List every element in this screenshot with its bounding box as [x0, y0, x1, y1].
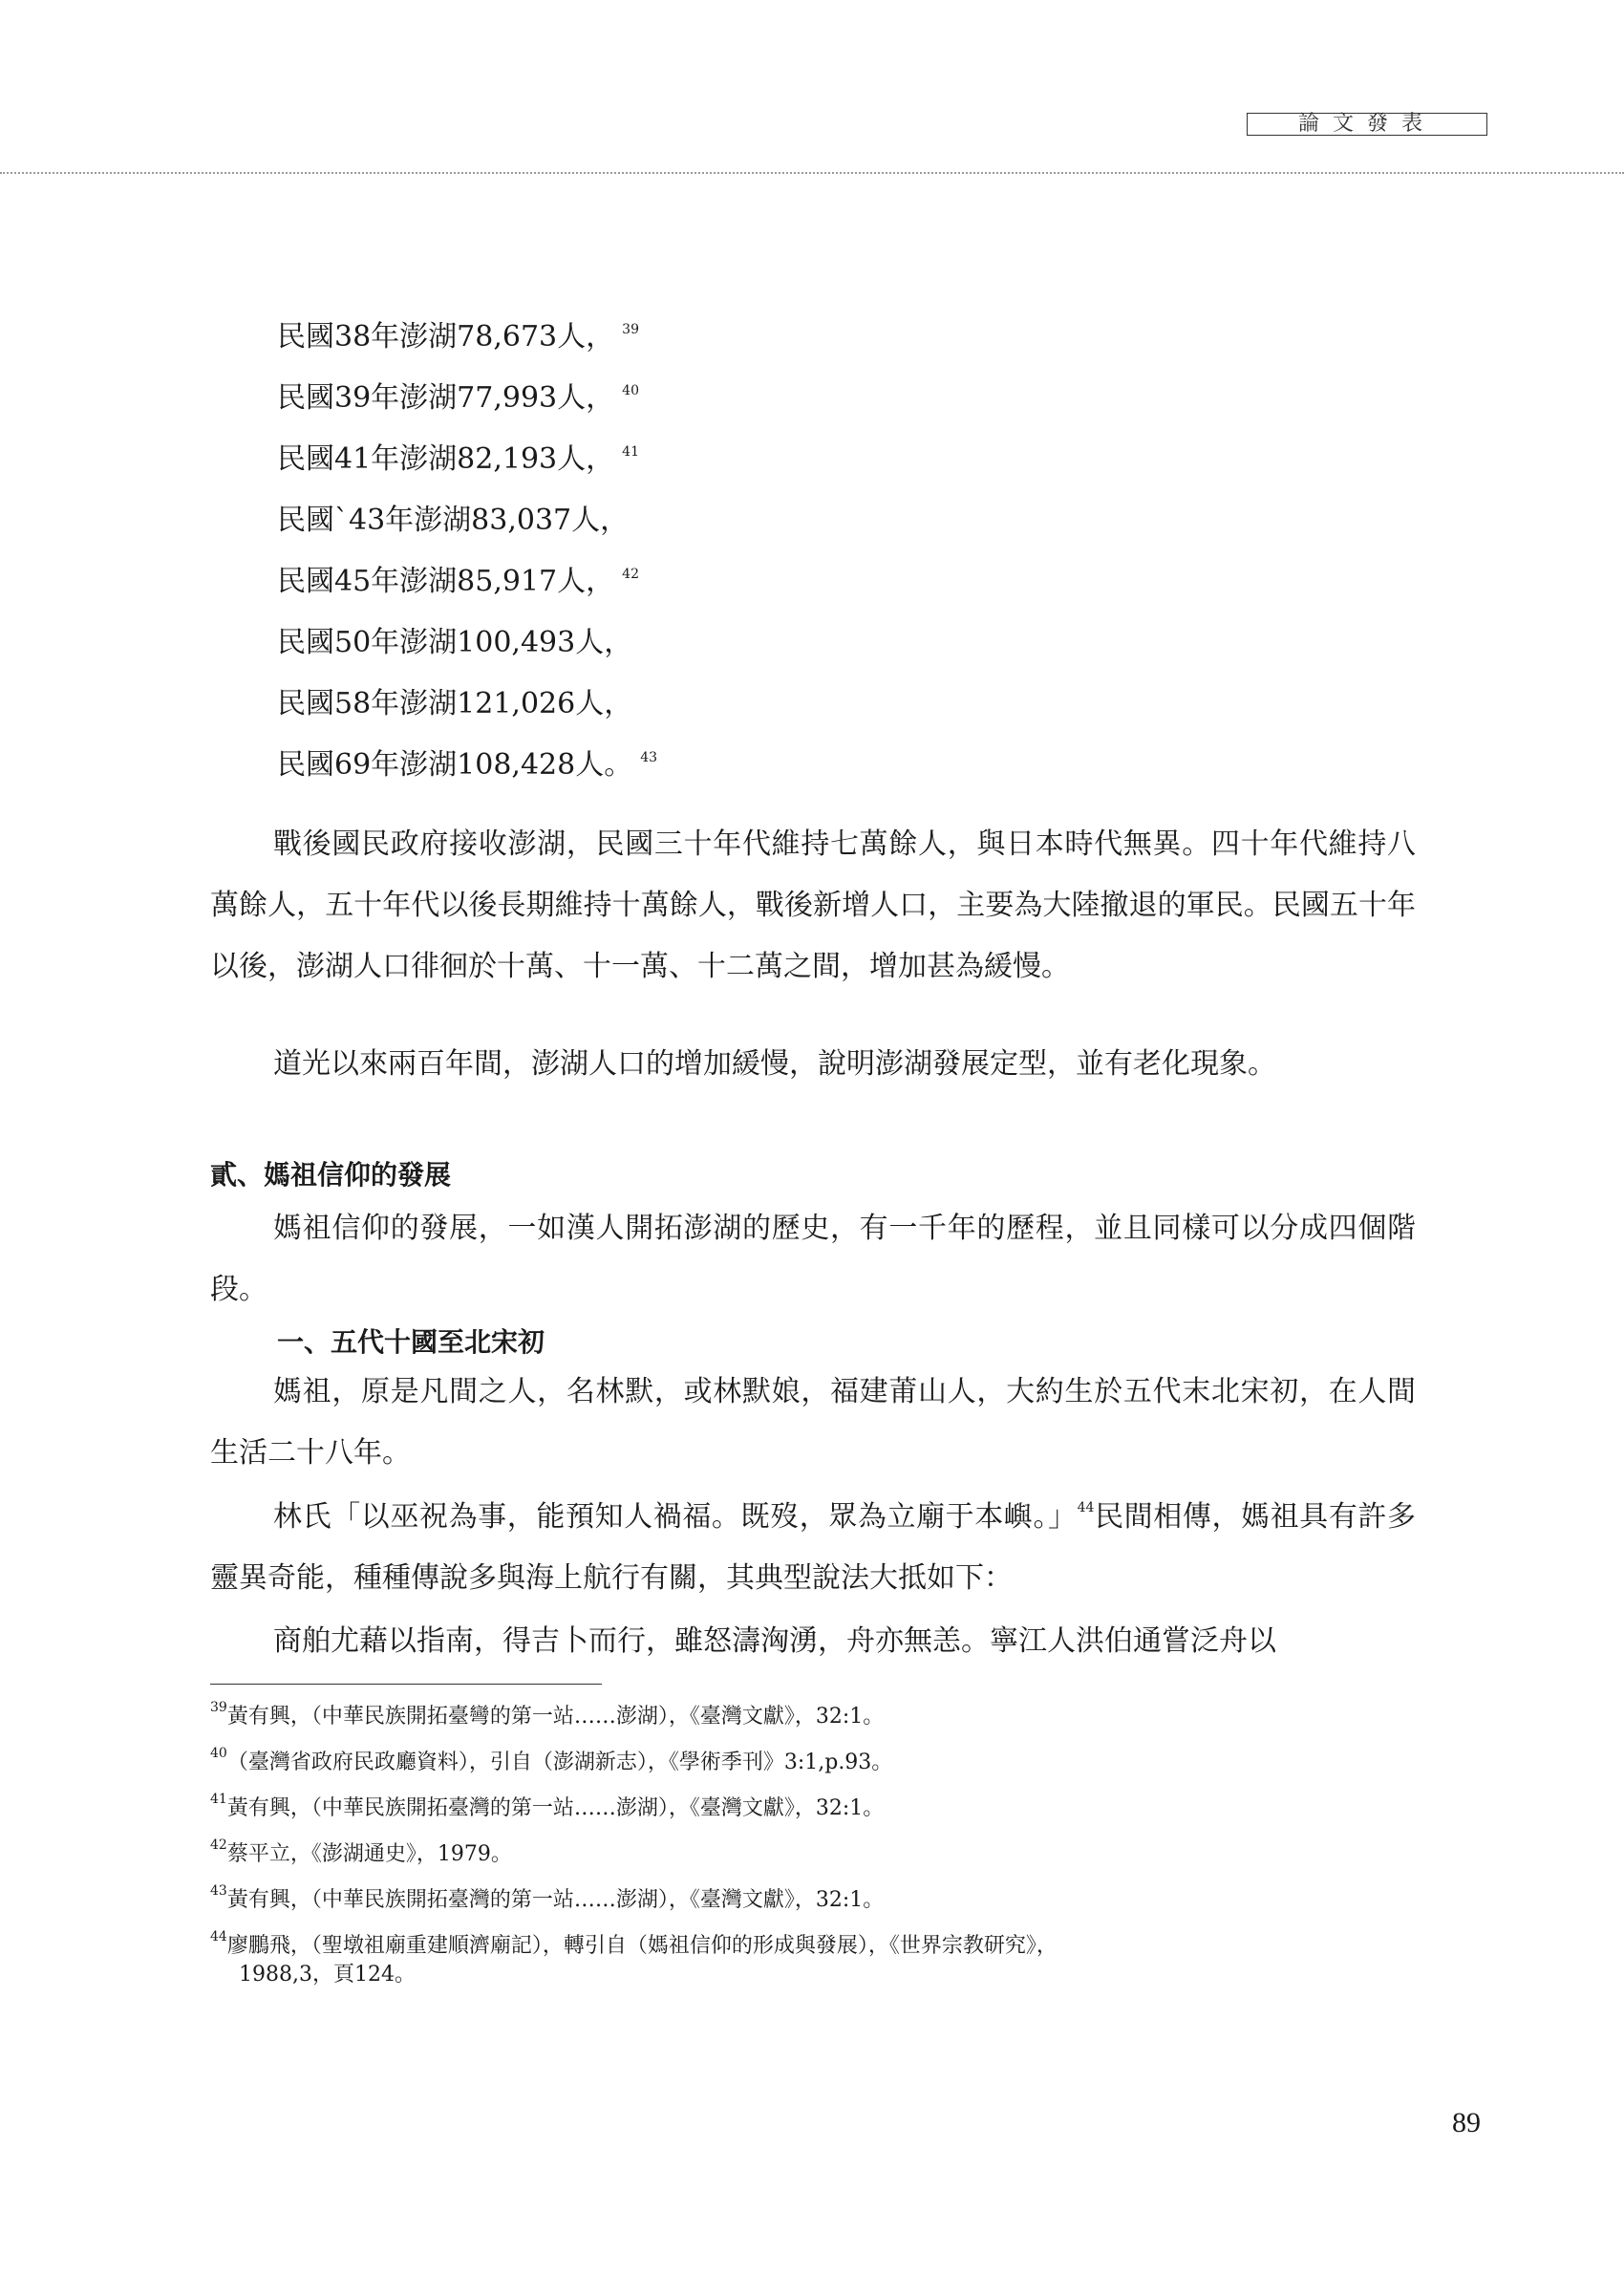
footnote-ref[interactable]: 44 [1078, 1500, 1095, 1515]
population-item: 民國`43年澎湖83,037人， [277, 506, 657, 535]
paragraph-merchant-ships: 商舶尤藉以指南，得吉卜而行，雖怒濤洶湧，舟亦無恙。寧江人洪伯通嘗泛舟以 [210, 1611, 1416, 1672]
population-item: 民國38年澎湖78,673人，39 [277, 323, 657, 352]
footnote-item: 41黃有興，（中華民族開拓臺灣的第一站……澎湖），《臺灣文獻》，32:1。 [210, 1794, 1423, 1823]
population-item: 民國45年澎湖85,917人，42 [277, 568, 657, 596]
footnote-item: 40（臺灣省政府民政廳資料），引自（澎湖新志），《學術季刊》3:1,p.93。 [210, 1749, 1423, 1777]
section-heading: 貳、媽祖信仰的發展 [210, 1154, 451, 1192]
footnote-number: 42 [210, 1837, 227, 1853]
footnote-number: 43 [210, 1883, 227, 1899]
section-label-box: 論文發表 [1247, 113, 1487, 136]
paragraph-mazu-legend: 林氏「以巫祝為事，能預知人禍福。既歿，眾為立廟于本嶼。」44民間相傳，媽祖具有許… [210, 1487, 1416, 1609]
paragraph-population-summary: 道光以來兩百年間，澎湖人口的增加緩慢，說明澎湖發展定型，並有老化現象。 [210, 1034, 1416, 1095]
footnote-item: 44廖鵬飛，（聖墩祖廟重建順濟廟記），轉引自（媽祖信仰的形成與發展），《世界宗教… [210, 1932, 1423, 1989]
footnote-number: 44 [210, 1929, 227, 1944]
footnote-ref[interactable]: 43 [640, 750, 657, 765]
footnote-number: 41 [210, 1792, 227, 1807]
footnote-ref[interactable]: 39 [622, 322, 639, 337]
population-item: 民國58年澎湖121,026人， [277, 690, 657, 719]
footnote-ref[interactable]: 40 [622, 383, 639, 398]
paragraph-mazu-intro: 媽祖信仰的發展，一如漢人開拓澎湖的歷史，有一千年的歷程，並且同樣可以分成四個階段… [210, 1198, 1416, 1321]
footnote-item: 43黃有興，（中華民族開拓臺灣的第一站……澎湖），《臺灣文獻》，32:1。 [210, 1886, 1423, 1915]
footnote-ref[interactable]: 42 [622, 567, 639, 582]
subsection-heading: 一、五代十國至北宋初 [277, 1321, 545, 1360]
paragraph-mazu-origin: 媽祖，原是凡間之人，名林默，或林默娘，福建莆山人，大約生於五代末北宋初，在人間生… [210, 1362, 1416, 1484]
page-number: 89 [1452, 2107, 1481, 2139]
population-item: 民國50年澎湖100,493人， [277, 629, 657, 657]
population-item: 民國41年澎湖82,193人，41 [277, 445, 657, 474]
population-item: 民國39年澎湖77,993人，40 [277, 384, 657, 413]
population-item: 民國69年澎湖108,428人。43 [277, 751, 657, 780]
footnote-number: 39 [210, 1700, 227, 1715]
footnotes-list: 39黃有興，（中華民族開拓臺彎的第一站……澎湖），《臺灣文獻》，32:1。 40… [210, 1703, 1423, 2007]
footnote-item: 39黃有興，（中華民族開拓臺彎的第一站……澎湖），《臺灣文獻》，32:1。 [210, 1703, 1423, 1731]
footnote-divider [210, 1684, 602, 1685]
footnote-number: 40 [210, 1746, 227, 1761]
footnote-ref[interactable]: 41 [622, 444, 639, 460]
population-list: 民國38年澎湖78,673人，39 民國39年澎湖77,993人，40 民國41… [277, 323, 657, 812]
paragraph-postwar-population: 戰後國民政府接收澎湖，民國三十年代維持七萬餘人，與日本時代無異。四十年代維持八萬… [210, 814, 1416, 998]
footnote-item: 42蔡平立，《澎湖通史》，1979。 [210, 1840, 1423, 1869]
header-dotted-divider [0, 172, 1624, 174]
